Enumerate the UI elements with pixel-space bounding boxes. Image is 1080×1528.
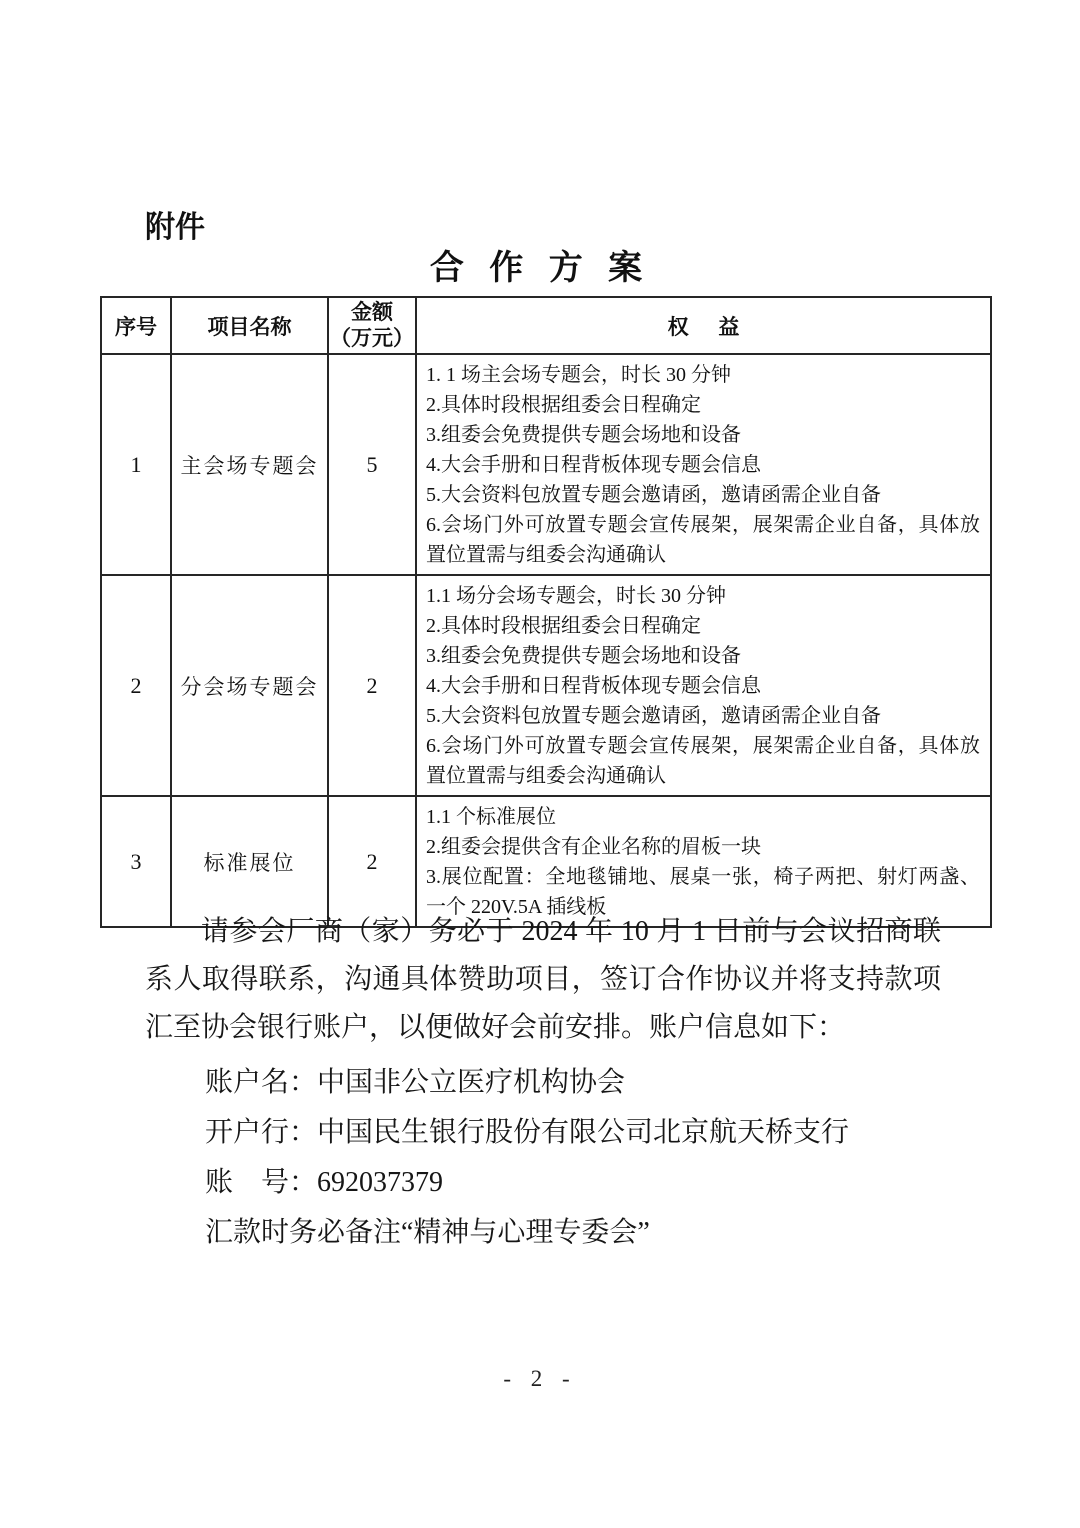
rights-item: 2.组委会提供含有企业名称的眉板一块 <box>426 832 980 862</box>
document-page: 附件 合 作 方 案 序号 项目名称 金额 （万元） 权 益 1 主会场专题会 … <box>0 0 1080 1528</box>
col-header-index: 序号 <box>101 297 171 354</box>
rights-item: 3.组委会免费提供专题会场地和设备 <box>426 420 980 450</box>
table-header-row: 序号 项目名称 金额 （万元） 权 益 <box>101 297 991 354</box>
rights-item: 2.具体时段根据组委会日程确定 <box>426 390 980 420</box>
page-number: - 2 - <box>0 1366 1080 1392</box>
row-index: 1 <box>101 354 171 575</box>
rights-item: 4.大会手册和日程背板体现专题会信息 <box>426 671 980 701</box>
rights-item: 1.1 场分会场专题会，时长 30 分钟 <box>426 581 980 611</box>
table-row: 1 主会场专题会 5 1. 1 场主会场专题会，时长 30 分钟 2.具体时段根… <box>101 354 991 575</box>
rights-item: 1.1 个标准展位 <box>426 802 980 832</box>
col-header-rights: 权 益 <box>416 297 991 354</box>
project-name: 分会场专题会 <box>171 575 328 796</box>
document-title: 合 作 方 案 <box>0 240 1080 289</box>
rights-item: 5.大会资料包放置专题会邀请函，邀请函需企业自备 <box>426 701 980 731</box>
remark-line: 汇款时务必备注“精神与心理专委会” <box>205 1208 945 1258</box>
rights-item: 5.大会资料包放置专题会邀请函，邀请函需企业自备 <box>426 480 980 510</box>
account-info-block: 账户名：中国非公立医疗机构协会 开户行：中国民生银行股份有限公司北京航天桥支行 … <box>205 1058 945 1258</box>
rights-list: 1. 1 场主会场专题会，时长 30 分钟 2.具体时段根据组委会日程确定 3.… <box>416 354 991 575</box>
table-row: 2 分会场专题会 2 1.1 场分会场专题会，时长 30 分钟 2.具体时段根据… <box>101 575 991 796</box>
amount-value: 2 <box>328 575 416 796</box>
account-number-line: 账 号：692037379 <box>205 1158 945 1208</box>
rights-item: 6.会场门外可放置专题会宣传展架，展架需企业自备，具体放置位置需与组委会沟通确认 <box>426 510 980 570</box>
col-header-amount: 金额 （万元） <box>328 297 416 354</box>
notice-paragraph: 请参会厂商（家）务必于 2024 年 10 月 1 日前与会议招商联系人取得联系… <box>145 908 941 1052</box>
row-index: 2 <box>101 575 171 796</box>
bank-line: 开户行：中国民生银行股份有限公司北京航天桥支行 <box>205 1108 945 1158</box>
rights-item: 3.组委会免费提供专题会场地和设备 <box>426 641 980 671</box>
rights-item: 1. 1 场主会场专题会，时长 30 分钟 <box>426 360 980 390</box>
rights-item: 6.会场门外可放置专题会宣传展架，展架需企业自备，具体放置位置需与组委会沟通确认 <box>426 731 980 791</box>
project-name: 主会场专题会 <box>171 354 328 575</box>
rights-list: 1.1 场分会场专题会，时长 30 分钟 2.具体时段根据组委会日程确定 3.组… <box>416 575 991 796</box>
col-header-name: 项目名称 <box>171 297 328 354</box>
amount-value: 5 <box>328 354 416 575</box>
cooperation-table: 序号 项目名称 金额 （万元） 权 益 1 主会场专题会 5 1. 1 场主会场… <box>100 296 992 928</box>
rights-item: 4.大会手册和日程背板体现专题会信息 <box>426 450 980 480</box>
rights-item: 2.具体时段根据组委会日程确定 <box>426 611 980 641</box>
account-name-line: 账户名：中国非公立医疗机构协会 <box>205 1058 945 1108</box>
col-header-amount-line1: 金额 <box>329 300 415 326</box>
col-header-amount-line2: （万元） <box>329 326 415 352</box>
